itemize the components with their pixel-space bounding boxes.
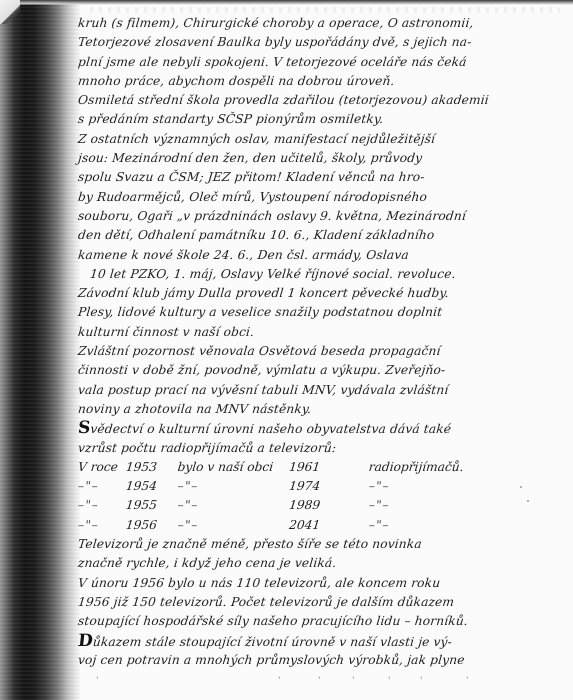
table-cell-count: 2041 xyxy=(288,516,370,535)
table-cell-count: 1961 xyxy=(288,458,370,477)
bleed-mark: ' xyxy=(420,676,422,686)
text-line: činnosti v době žní, povodně, výmlatu a … xyxy=(77,361,559,380)
text-line: vala postup prací na vývěsní tabuli MNV,… xyxy=(77,381,559,400)
text-line: kamene k nové škole 24. 6., Den čsl. arm… xyxy=(77,246,559,265)
text-line: Televizorů je značně méně, přesto šíře s… xyxy=(77,535,559,554)
text-line: 1956 již 150 televizorů. Počet televizor… xyxy=(77,593,559,612)
table-cell-year: 1954 xyxy=(125,477,179,496)
top-page-edge xyxy=(20,0,573,5)
text-line: Zvláštní pozornost věnovala Osvětová bes… xyxy=(77,342,559,361)
table-cell-mid: –"– xyxy=(177,516,291,535)
bleed-through-marks: '‘'‘''' xyxy=(0,676,573,686)
table-row: V roce1953bylo v naší obci1961radiopřijí… xyxy=(77,458,559,477)
svedectvi-line-2: vzrůst počtu radiopřijímačů a televizorů… xyxy=(77,439,559,458)
text-line: spolu Svazu a ČSM; JEZ přitom! Kladení v… xyxy=(77,168,559,187)
text-line: 10 let PZKO, 1. máj, Oslavy Velké říjnov… xyxy=(77,265,559,284)
text-line: noviny a zhotovila na MNV nástěnky. xyxy=(77,400,559,419)
dukazem-line-1-text: ůkazem stále stoupající životní úrovně v… xyxy=(92,635,453,649)
text-line: V únoru 1956 bylo u nás 110 televizorů, … xyxy=(77,574,559,593)
handwritten-text-block: kruh (s filmem), Chirurgické choroby a o… xyxy=(78,14,558,670)
table-cell-suffix: radiopřijímačů. xyxy=(368,458,559,477)
table-cell-year: 1956 xyxy=(125,516,179,535)
scan-speck xyxy=(432,20,434,22)
table-cell-year: 1955 xyxy=(125,496,179,515)
text-line: plní jsme ale nebyli spokojeni. V tetorj… xyxy=(77,53,559,72)
text-line: Závodní klub jámy Dulla provedl 1 koncer… xyxy=(77,284,559,303)
bleed-mark: ' xyxy=(318,676,320,686)
radio-receivers-table: V roce1953bylo v naší obci1961radiopřijí… xyxy=(78,458,558,535)
text-line: značně rychle, i když jeho cena je velik… xyxy=(77,554,559,573)
text-line: mnoho práce, abychom dospěli na dobrou ú… xyxy=(77,72,559,91)
table-cell-mid: –"– xyxy=(177,477,291,496)
table-cell-prefix: –"– xyxy=(77,496,127,515)
table-cell-mid: –"– xyxy=(177,496,291,515)
table-cell-prefix: –"– xyxy=(77,477,127,496)
svedectvi-line-1-text: vědectví o kulturní úrovni našeho obyvat… xyxy=(90,422,452,436)
dukazem-line-1: Důkazem stále stoupající životní úrovně … xyxy=(77,632,559,651)
table-row: –"–1954–"–1974–"– xyxy=(77,477,559,496)
lines-after-table: Televizorů je značně méně, přesto šíře s… xyxy=(78,535,558,631)
bleed-mark: ' xyxy=(96,676,98,686)
table-row: –"–1956–"–2041–"– xyxy=(77,516,559,535)
text-line: Osmiletá střední škola provedla zdařilou… xyxy=(77,91,559,110)
bleed-mark: ' xyxy=(466,676,468,686)
table-cell-count: 1974 xyxy=(288,477,370,496)
bleed-mark: ‘ xyxy=(352,676,355,686)
scanned-page: kruh (s filmem), Chirurgické choroby a o… xyxy=(0,0,573,700)
bleed-mark: ‘ xyxy=(278,676,281,686)
text-line: kruh (s filmem), Chirurgické choroby a o… xyxy=(77,14,559,33)
table-row: –"–1955–"–1989–"– xyxy=(77,496,559,515)
table-cell-mid: bylo v naší obci xyxy=(177,458,291,477)
scan-noise xyxy=(0,0,80,700)
text-line: Z ostatních významných oslav, manifestac… xyxy=(77,130,559,149)
lines-before-table: kruh (s filmem), Chirurgické choroby a o… xyxy=(78,14,558,419)
table-cell-year: 1953 xyxy=(125,458,179,477)
text-line: Tetorjezové zlosavení Baulka byly uspořá… xyxy=(77,33,559,52)
bleed-mark: ' xyxy=(388,676,390,686)
scan-speck xyxy=(520,486,522,488)
text-line: s předáním standarty SČSP pionýrům osmil… xyxy=(77,110,559,129)
text-line: by Rudoarmějců, Oleč mírů, Vystoupení ná… xyxy=(77,188,559,207)
table-cell-count: 1989 xyxy=(288,496,370,515)
text-line: Plesy, lidové kultury a veselice snažily… xyxy=(77,303,559,322)
bleed-through-band xyxy=(90,7,560,13)
table-cell-suffix: –"– xyxy=(368,477,559,496)
text-line: jsou: Mezinárodní den žen, den učitelů, … xyxy=(77,149,559,168)
text-line: souboru, Ogaři „v prázdninách oslavy 9. … xyxy=(77,207,559,226)
table-cell-suffix: –"– xyxy=(368,516,559,535)
text-line: den dětí, Odhalení památníku 10. 6., Kla… xyxy=(77,226,559,245)
table-cell-prefix: –"– xyxy=(77,516,127,535)
table-cell-suffix: –"– xyxy=(368,496,559,515)
table-cell-prefix: V roce xyxy=(77,458,127,477)
scan-speck xyxy=(527,500,529,502)
dukazem-line-2: voj cen potravin a mnohých průmyslových … xyxy=(77,651,559,670)
text-line: stoupající hospodářské síly našeho pracu… xyxy=(77,612,559,631)
folded-corner xyxy=(0,0,20,24)
text-line: kulturní činnost v naší obci. xyxy=(77,323,559,342)
svedectvi-line-1: Svědectví o kulturní úrovni našeho obyva… xyxy=(77,419,559,438)
